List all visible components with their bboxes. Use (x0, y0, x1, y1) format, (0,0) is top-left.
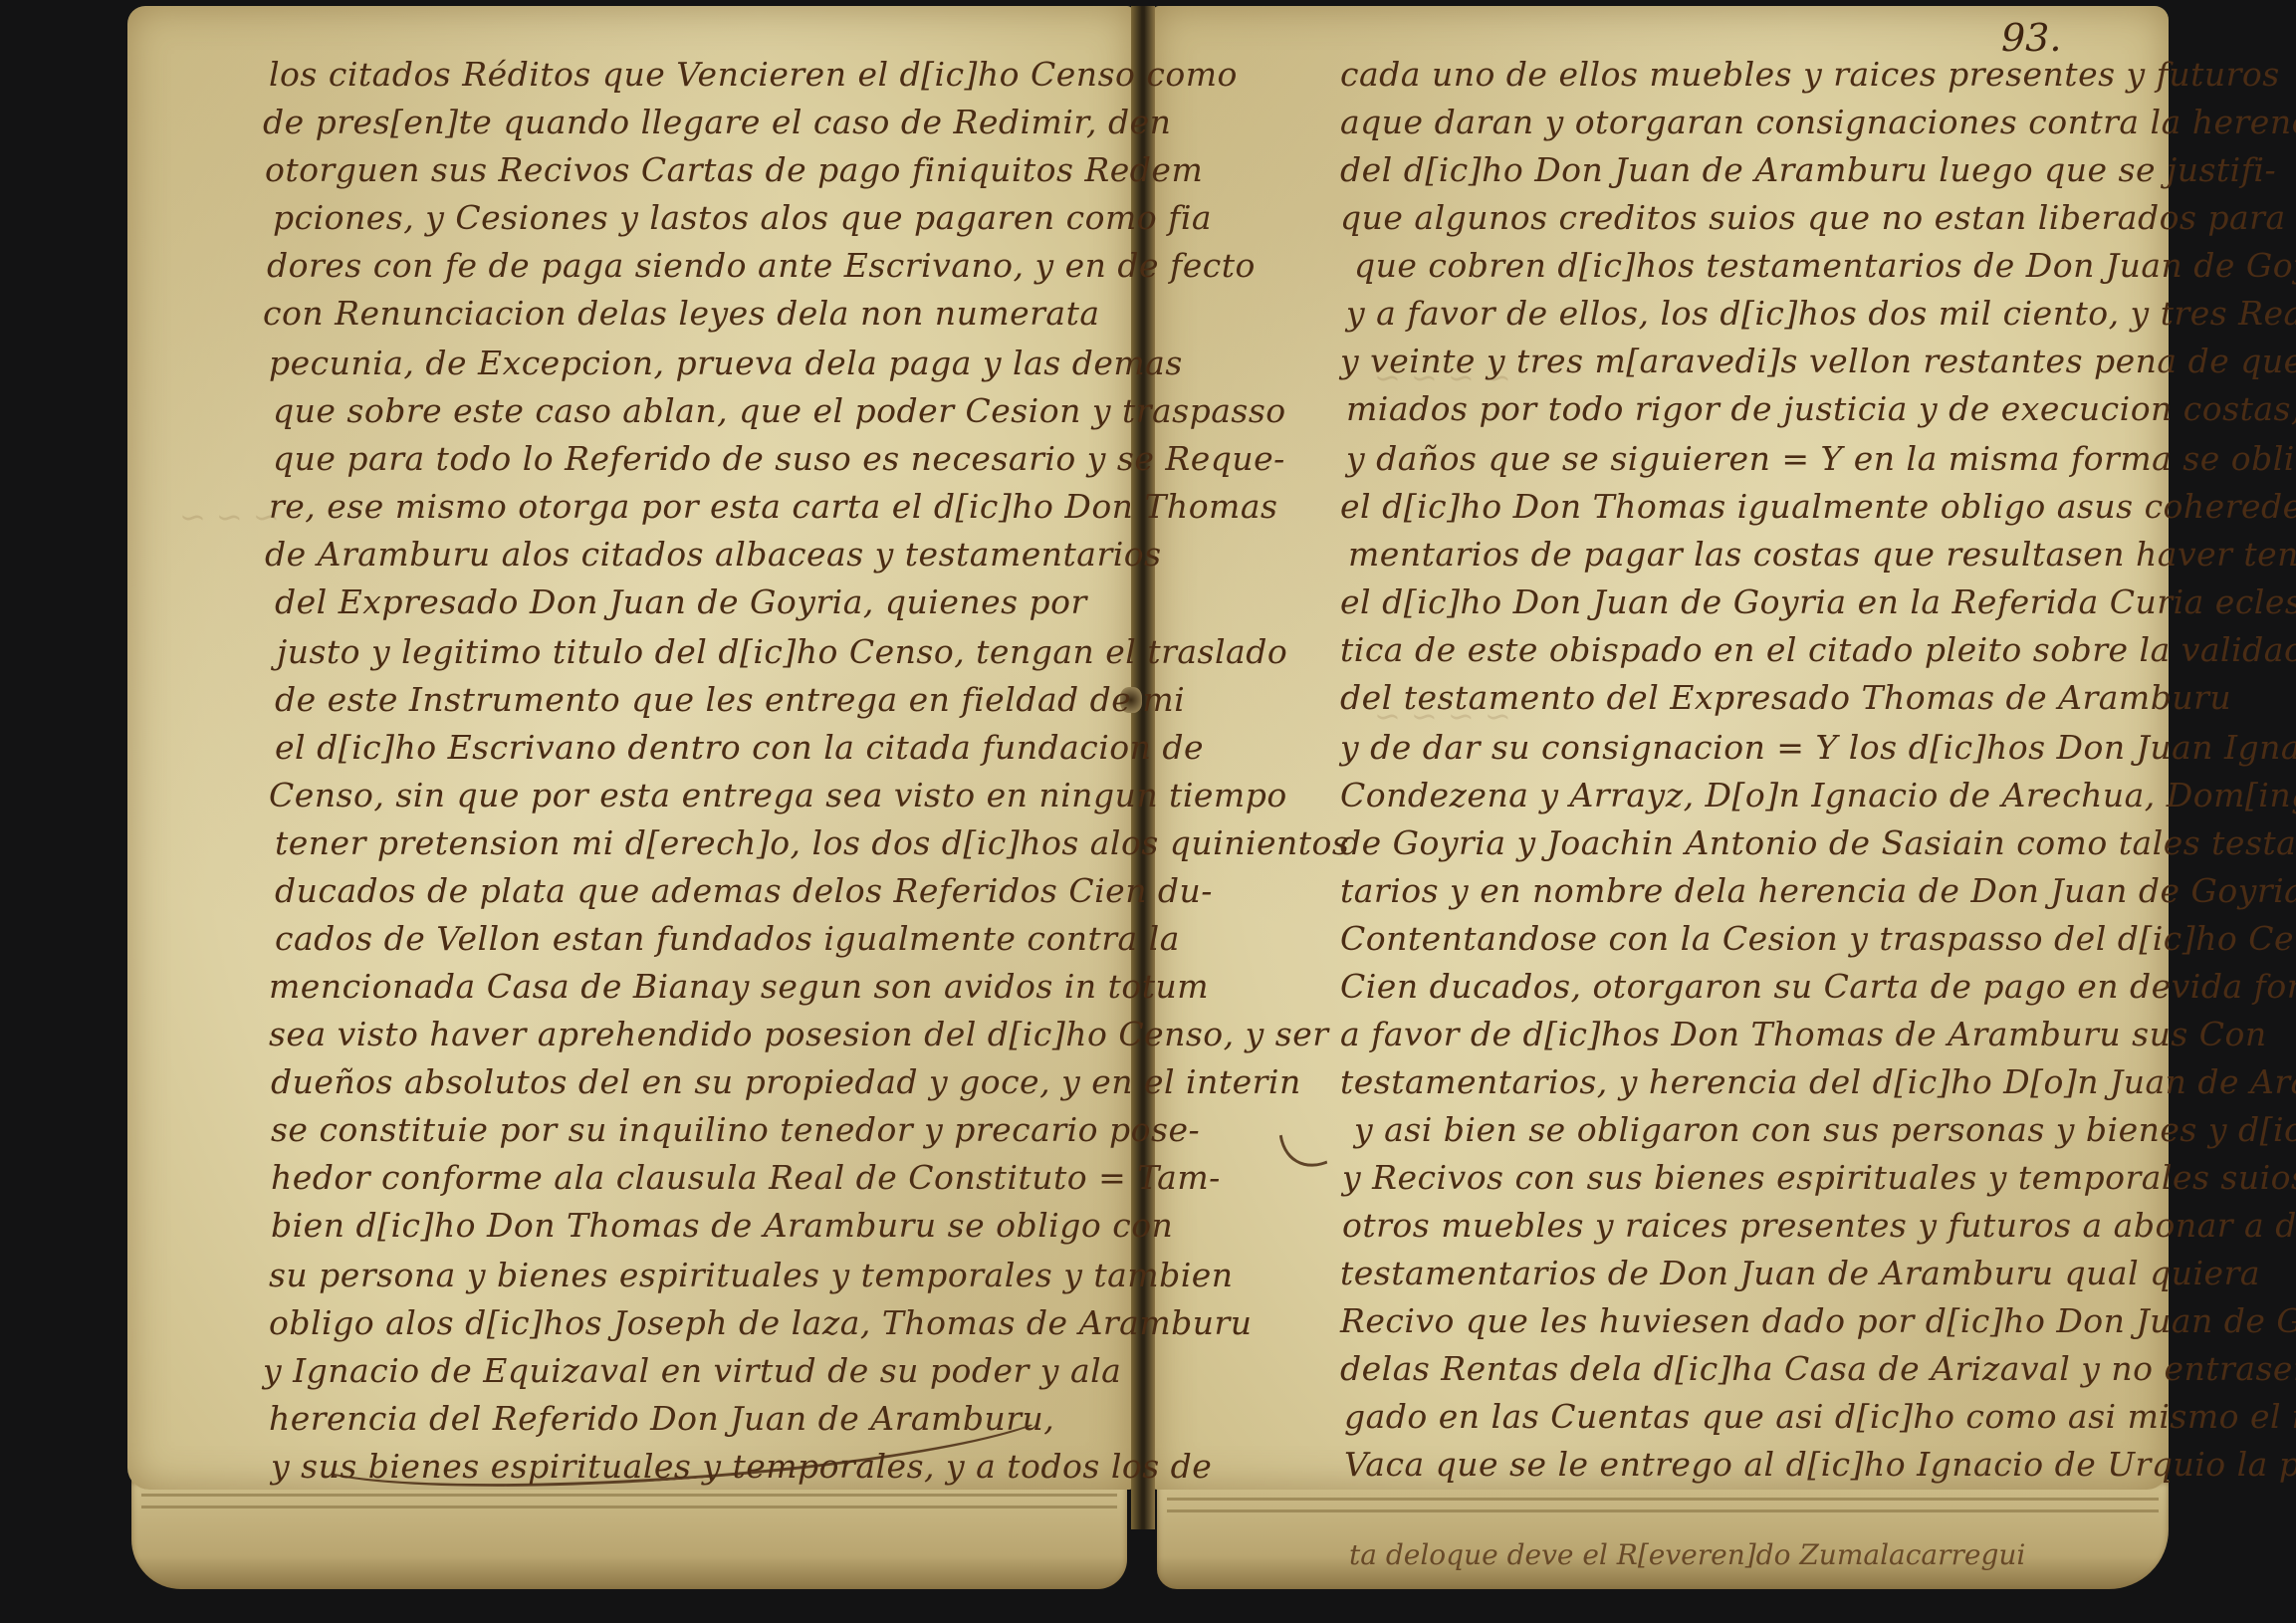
manuscript-line: delas Rentas dela d[ic]ha Casa de Arizav… (1340, 1352, 2296, 1385)
manuscript-line: que sobre este caso ablan, que el poder … (273, 394, 1286, 427)
manuscript-line: Cien ducados, otorgaron su Carta de pago… (1340, 970, 2296, 1003)
manuscript-line: y a favor de ellos, los d[ic]hos dos mil… (1346, 297, 2296, 330)
manuscript-line: tica de este obispado en el citado pleit… (1340, 633, 2296, 666)
manuscript-line: de este Instrumento que les entrega en f… (275, 683, 1185, 716)
manuscript-line: se constituie por su inquilino tenedor y… (271, 1113, 1200, 1146)
right-page-stack (1157, 1480, 2169, 1589)
manuscript-line: testamentarios, y herencia del d[ic]ho D… (1340, 1065, 2296, 1098)
manuscript-line: que algunos creditos suios que no estan … (1340, 201, 2286, 234)
manuscript-line: que cobren d[ic]hos testamentarios de Do… (1354, 249, 2296, 282)
manuscript-line: aque daran y otorgaran consignaciones co… (1340, 106, 2296, 138)
manuscript-line: ducados de plata que ademas delos Referi… (275, 874, 1213, 907)
manuscript-line: pciones, y Cesiones y lastos alos que pa… (273, 201, 1212, 234)
ink-bleed-through: ~ ~ ~ (179, 498, 280, 536)
bottom-edge-note: ta deloque deve el R[everen]do Zumalacar… (1349, 1538, 2025, 1571)
manuscript-line: Contentandose con la Cesion y traspasso … (1340, 922, 2296, 955)
manuscript-line: gado en las Cuentas que asi d[ic]ho como… (1344, 1400, 2296, 1433)
manuscript-line: Vaca que se le entrego al d[ic]ho Ignaci… (1344, 1448, 2296, 1481)
manuscript-line: y veinte y tres m[aravedi]s vellon resta… (1340, 345, 2296, 377)
manuscript-line: el d[ic]ho Escrivano dentro con la citad… (275, 731, 1204, 764)
manuscript-line: Recivo que les huviesen dado por d[ic]ho… (1340, 1304, 2296, 1337)
manuscript-line: testamentarios de Don Juan de Aramburu q… (1340, 1257, 2260, 1289)
manuscript-line: bien d[ic]ho Don Thomas de Aramburu se o… (271, 1209, 1173, 1242)
manuscript-line: los citados Réditos que Vencieren el d[i… (269, 58, 1238, 91)
manuscript-line: justo y legitimo titulo del d[ic]ho Cens… (277, 635, 1287, 668)
manuscript-line: sea visto haver aprehendido posesion del… (269, 1018, 1329, 1050)
manuscript-line: su persona y bienes espirituales y tempo… (269, 1259, 1234, 1291)
manuscript-line: hedor conforme ala clausula Real de Cons… (271, 1161, 1221, 1194)
folio-number: 93. (2001, 16, 2061, 60)
manuscript-line: de pres[en]te quando llegare el caso de … (263, 106, 1171, 138)
manuscript-line: a favor de d[ic]hos Don Thomas de Arambu… (1340, 1018, 2267, 1050)
page-edge-line (141, 1506, 1117, 1508)
manuscript-line: que para todo lo Referido de suso es nec… (273, 442, 1285, 475)
left-page-stack (131, 1480, 1127, 1589)
manuscript-line: del Expresado Don Juan de Goyria, quiene… (275, 585, 1087, 618)
manuscript-line: tener pretension mi d[erech]o, los dos d… (275, 826, 1349, 859)
manuscript-scan: ~ ~ ~ ~ ~ ~ ~ ~ ~ ~ ~ 93. los citados Ré… (0, 0, 2296, 1623)
manuscript-line: pecunia, de Excepcion, prueva dela paga … (269, 347, 1183, 379)
manuscript-line: y de dar su consignacion = Y los d[ic]ho… (1340, 731, 2296, 764)
manuscript-line: y asi bien se obligaron con sus personas… (1354, 1113, 2296, 1146)
manuscript-line: mencionada Casa de Bianay segun son avid… (269, 970, 1209, 1003)
page-edge-line (1167, 1509, 2159, 1512)
manuscript-line: re, ese mismo otorga por esta carta el d… (269, 490, 1277, 523)
manuscript-line: de Aramburu alos citados albaceas y test… (265, 538, 1162, 571)
manuscript-line: mentarios de pagar las costas que result… (1348, 538, 2296, 571)
page-edge-line (141, 1494, 1117, 1497)
manuscript-line: Censo, sin que por esta entrega sea vist… (269, 779, 1287, 811)
manuscript-line: otros muebles y raices presentes y futur… (1342, 1209, 2296, 1242)
manuscript-line: otorguen sus Recivos Cartas de pago fini… (265, 153, 1203, 186)
manuscript-line: con Renunciacion delas leyes dela non nu… (263, 297, 1100, 330)
manuscript-line: el d[ic]ho Don Thomas igualmente obligo … (1340, 490, 2296, 523)
manuscript-line: el d[ic]ho Don Juan de Goyria en la Refe… (1340, 585, 2296, 618)
page-edge-line (1167, 1498, 2159, 1501)
manuscript-line: del d[ic]ho Don Juan de Aramburu luego q… (1340, 153, 2276, 186)
manuscript-line: cada uno de ellos muebles y raices prese… (1340, 58, 2280, 91)
manuscript-line: del testamento del Expresado Thomas de A… (1340, 681, 2231, 714)
manuscript-line: tarios y en nombre dela herencia de Don … (1340, 874, 2296, 907)
manuscript-line: y Recivos con sus bienes espirituales y … (1342, 1161, 2296, 1194)
manuscript-line: Condezena y Arrayz, D[o]n Ignacio de Are… (1340, 779, 2296, 811)
manuscript-line: dores con fe de paga siendo ante Escriva… (267, 249, 1256, 282)
manuscript-line: cados de Vellon estan fundados igualment… (275, 922, 1180, 955)
manuscript-line: miados por todo rigor de justicia y de e… (1346, 392, 2296, 425)
manuscript-line: de Goyria y Joachin Antonio de Sasiain c… (1340, 826, 2296, 859)
manuscript-line: obligo alos d[ic]hos Joseph de laza, Tho… (269, 1306, 1253, 1339)
manuscript-line: dueños absolutos del en su propiedad y g… (271, 1065, 1301, 1098)
manuscript-line: y daños que se siguieren = Y en la misma… (1346, 442, 2296, 475)
